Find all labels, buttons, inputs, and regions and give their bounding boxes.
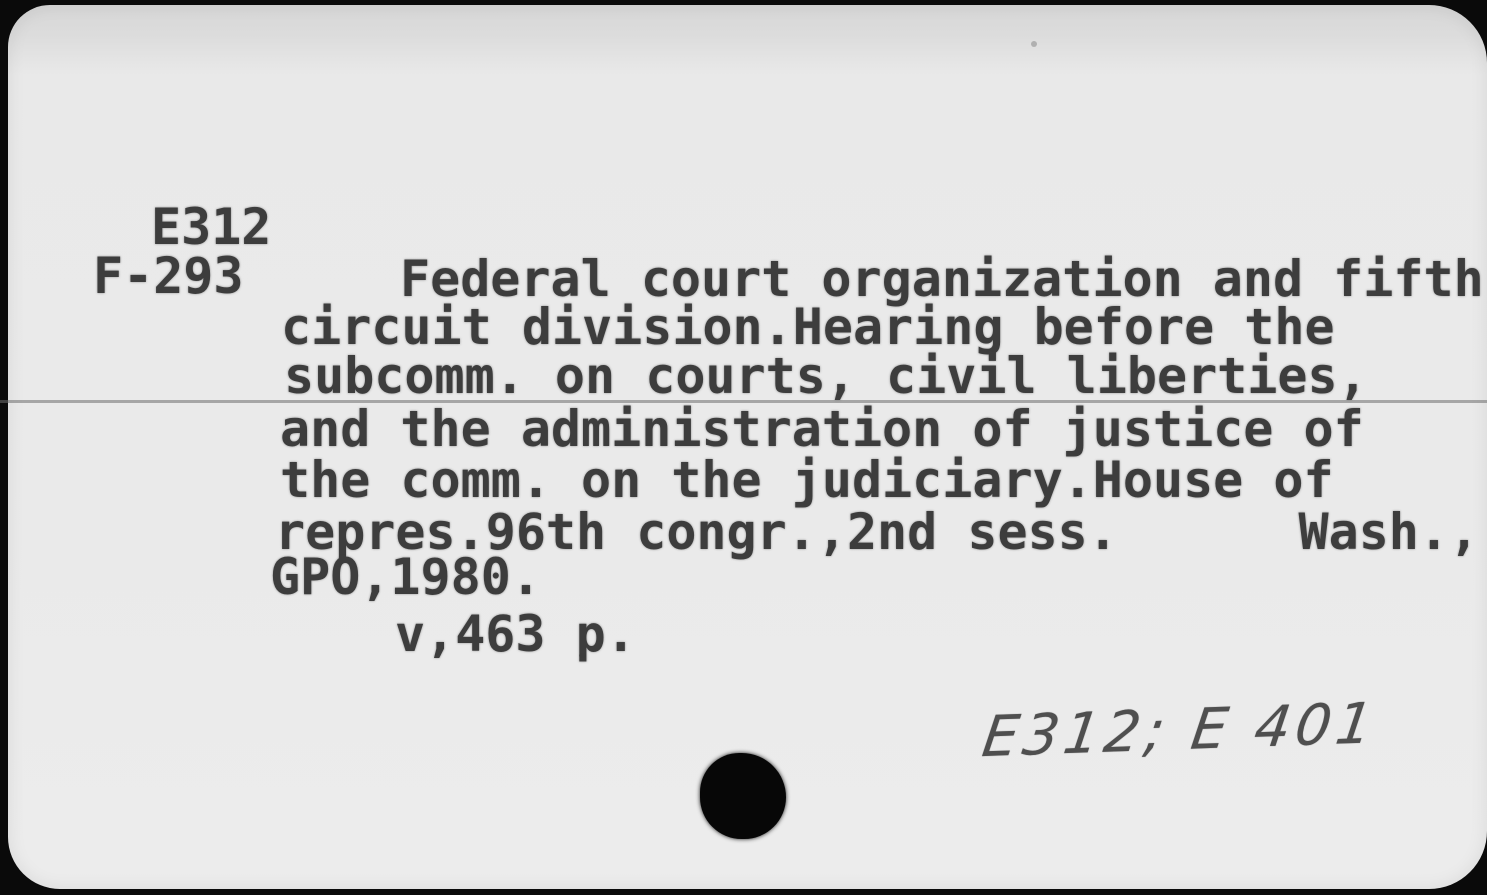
catalog-card: E312 F-293 Federal court organization an… (8, 5, 1487, 889)
catalog-entry-line: the comm. on the judiciary.House of (280, 455, 1334, 505)
catalog-entry-line: circuit division.Hearing before the (281, 302, 1335, 352)
call-number-line-1: E312 (151, 202, 271, 252)
catalog-entry-title-line: Federal court organization and fifth (400, 254, 1484, 304)
catalog-entry-line: and the administration of justice of (280, 404, 1364, 454)
catalog-entry-pagination-line: v,463 p. (395, 609, 636, 659)
punch-hole-dot (700, 753, 786, 839)
catalog-entry-line: subcomm. on courts, civil liberties, (284, 351, 1368, 401)
horizontal-rule-line (0, 400, 1487, 403)
call-number-line-2: F-293 (93, 251, 244, 301)
scan-speck (579, 653, 586, 658)
catalog-entry-publisher-line: GPO,1980. (270, 552, 541, 602)
scan-speck (1031, 41, 1037, 47)
scanned-catalog-card-page: E312 F-293 Federal court organization an… (0, 0, 1487, 895)
handwritten-call-numbers: E312; E 401 (979, 694, 1381, 768)
